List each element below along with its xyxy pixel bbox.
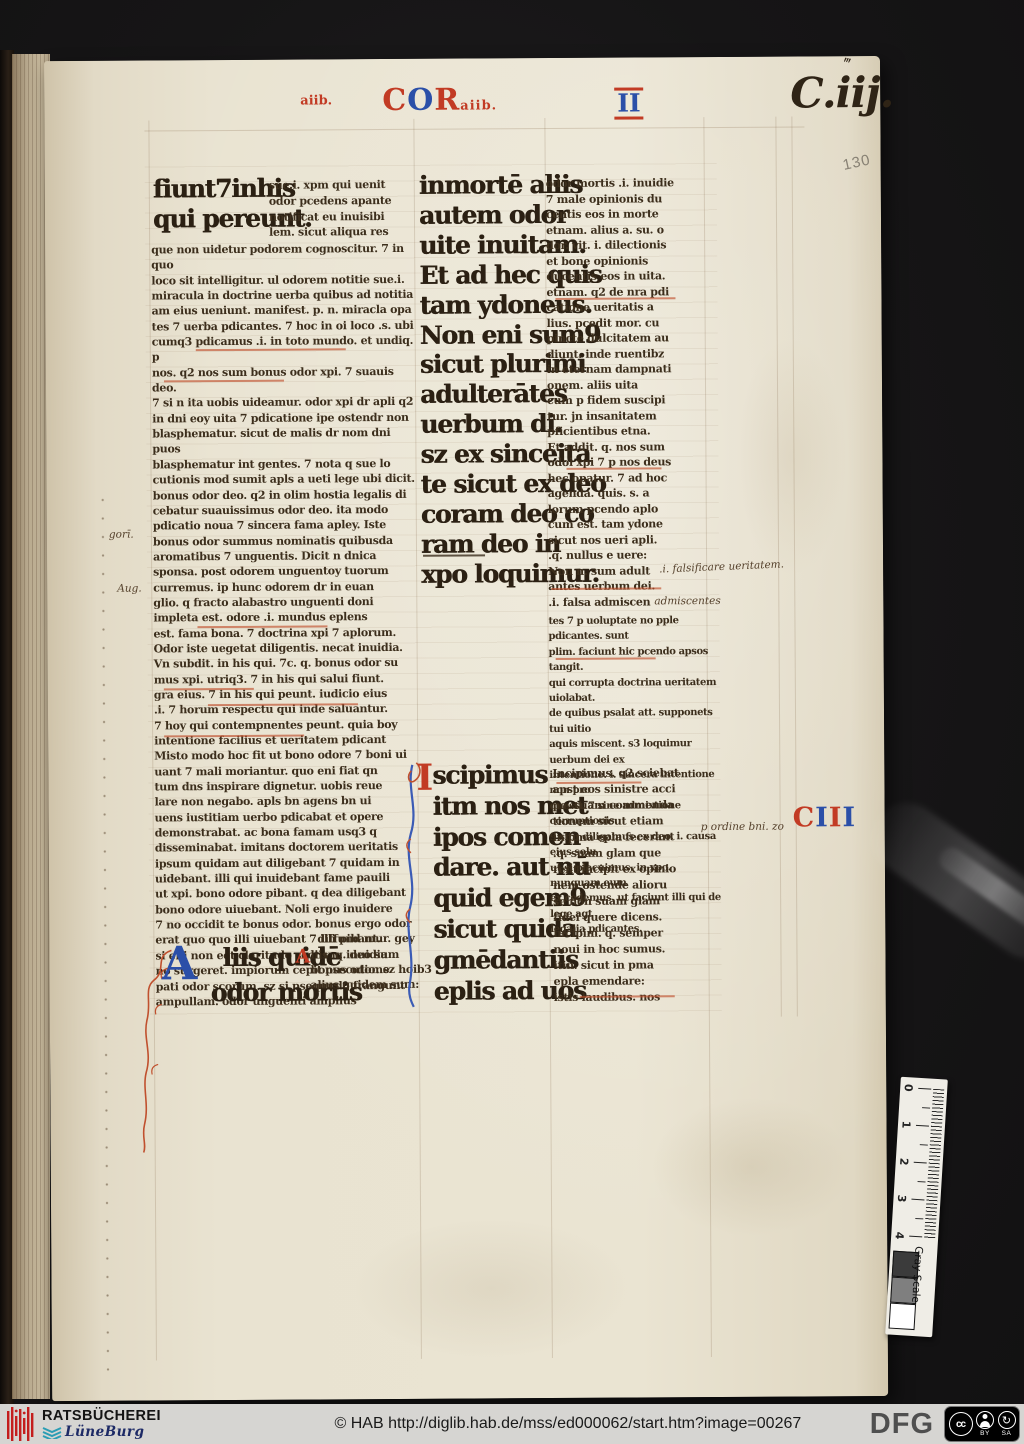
cc-by-person-icon: [976, 1411, 994, 1429]
cc-by-label: BY: [980, 1430, 990, 1437]
cc-sa-arrow-icon: ↻: [998, 1411, 1016, 1429]
ruler-number: 4: [892, 1228, 906, 1243]
chapter-number-letter: I: [842, 802, 856, 833]
running-title-letter: R: [434, 83, 460, 118]
parchment-stain: [650, 1096, 851, 1237]
book-icon: [42, 1425, 62, 1439]
ruler-tick: [920, 1144, 928, 1145]
plexi-page-holder-highlight: [935, 843, 1024, 937]
margin-note-left: gorī.: [109, 529, 134, 541]
ruling-line: [144, 126, 804, 131]
running-title-left: aiib.: [300, 93, 332, 108]
running-title-letter: C: [382, 83, 407, 118]
library-bars-icon: [6, 1407, 36, 1441]
gloss-block: Incipimus. q2 sciebat apst eos sinistre …: [552, 765, 680, 1006]
photo-backdrop: aiib. CORaiib. II C.iij. ‴ 130 gorī. Aug…: [0, 0, 1024, 1444]
running-title: CORaiib.: [382, 82, 497, 118]
library-city: LüneBurg: [65, 1426, 145, 1440]
ruler-number: 0: [901, 1080, 915, 1095]
margin-note-right: p ordine bni. zo: [701, 821, 784, 834]
cc-icon: cc: [949, 1412, 973, 1436]
parchment-stain: [736, 336, 847, 577]
manuscript-page: aiib. CORaiib. II C.iij. ‴ 130 gorī. Aug…: [44, 56, 888, 1401]
ruler-tick: [922, 1107, 930, 1108]
ruler-tick: [911, 1199, 924, 1201]
margin-note-right: admiscentes: [654, 595, 720, 607]
chapter-mark: C.iij.: [790, 68, 893, 118]
ruler-number: 1: [899, 1117, 913, 1132]
ruler-tick: [916, 1125, 929, 1127]
reference-ruler: 0 1 2 3 4 Gray Scale: [885, 1077, 948, 1337]
chapter-number-letter: C: [793, 802, 816, 833]
library-logo-block: RATSBÜCHEREI LüneBurg: [0, 1407, 266, 1441]
cc-license-badge: cc BY ↻ SA: [944, 1406, 1020, 1442]
chapter-number-letter: I: [829, 802, 843, 833]
rubric-initial-A: A: [295, 945, 310, 967]
ruler-tick: [918, 1088, 931, 1090]
pen-flourish: [137, 944, 178, 1154]
chapter-number: CIII: [793, 802, 857, 833]
decorated-initial-I: I: [416, 757, 433, 799]
ruler-number: 2: [897, 1154, 911, 1169]
ruler-number: 3: [895, 1191, 909, 1206]
margin-note-left: Aug.: [117, 583, 141, 595]
gloss-block: odor mortis .i. inuidie 7 male opinionis…: [546, 175, 677, 610]
ruler-tick: [915, 1217, 923, 1218]
gloss-block: sue.i. xpm qui uenit odor pcedens apante…: [269, 177, 392, 241]
library-name: RATSBÜCHEREI: [42, 1409, 161, 1424]
ruler-tick: [914, 1162, 927, 1164]
gray-scale-label: Gray Scale: [912, 1246, 925, 1261]
bottom-bar: RATSBÜCHEREI LüneBurg © HAB http://digli…: [0, 1404, 1024, 1444]
ruling-line: [791, 117, 797, 1017]
chapter-number-letter: I: [815, 802, 829, 833]
ruler-tick: [909, 1236, 922, 1238]
book-numeral: II: [614, 87, 644, 119]
cc-sa-label: SA: [1002, 1430, 1012, 1437]
folio-number-pencil: 130: [841, 151, 872, 174]
dfg-logo: DFG: [870, 1408, 944, 1441]
ruler-tick: [918, 1181, 926, 1182]
parchment-stain: [351, 1218, 632, 1360]
running-title-suffix: aiib.: [460, 98, 497, 113]
prick-marks: [101, 491, 110, 1371]
copyright-url: © HAB http://diglib.hab.de/mss/ed000062/…: [266, 1415, 870, 1433]
expunction-stroke: [423, 554, 485, 556]
running-title-letter: O: [407, 83, 434, 118]
gray-scale-swatch-white: [889, 1303, 917, 1331]
ruler-minor-ticks: [924, 1089, 944, 1239]
